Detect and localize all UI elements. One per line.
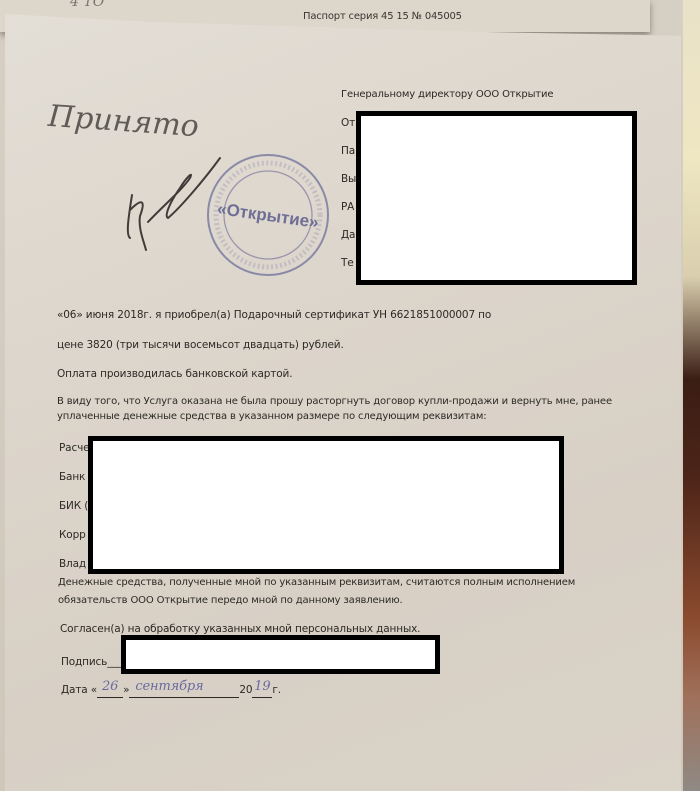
field-label-code: РА	[341, 201, 354, 213]
date-day-handwritten: 26	[102, 679, 118, 694]
requisite-label-owner: Влад	[59, 558, 86, 570]
redaction-sender-details	[356, 111, 637, 285]
passport-line: Паспорт серия 45 15 № 045005	[303, 11, 462, 22]
requisite-label-corr: Корр	[59, 529, 86, 541]
date-line: Дата «26»сентября2019г.	[61, 682, 281, 698]
requisite-label-account: Расче	[59, 442, 89, 454]
payment-method-paragraph: Оплата производилась банковской картой.	[57, 368, 292, 380]
redaction-signature	[121, 635, 440, 674]
redaction-bank-requisites	[88, 436, 564, 574]
requisite-label-bank: Банк	[59, 471, 85, 483]
date-label: Дата	[61, 684, 88, 696]
refund-request-line1: В виду того, что Услуга оказана не была …	[57, 396, 612, 407]
field-label-phone: Те	[341, 257, 354, 269]
date-year-handwritten: 19	[254, 679, 270, 694]
refund-request-line2: уплаченные денежные средства в указанном…	[57, 411, 486, 422]
requisite-label-bik: БИК (	[59, 500, 88, 512]
date-day-field: 26	[97, 682, 123, 698]
fulfillment-paragraph-line2: обязательств ООО Открытие передо мной по…	[58, 595, 403, 606]
date-month-handwritten: сентября	[135, 679, 203, 694]
purchase-paragraph-line1: «06» июня 2018г. я приобрел(а) Подарочны…	[57, 309, 491, 321]
date-year-field: 19	[252, 682, 272, 698]
underlying-handwriting: 4 ТО	[70, 0, 104, 10]
field-label-date: Да	[341, 229, 355, 241]
field-label-passport: Па	[341, 145, 355, 157]
consent-paragraph: Согласен(а) на обработку указанных мной …	[60, 623, 420, 635]
handwritten-signature-icon	[120, 150, 240, 260]
date-month-field: сентября	[129, 682, 239, 698]
fulfillment-paragraph-line1: Денежные средства, полученные мной по ук…	[58, 577, 575, 588]
field-label-issued: Вы	[341, 173, 356, 185]
addressee: Генеральному директору ООО Открытие	[341, 89, 553, 100]
background-objects	[683, 0, 700, 791]
purchase-paragraph-line2: цене 3820 (три тысячи восемьсот двадцать…	[57, 339, 344, 351]
field-label-from: От	[341, 117, 355, 129]
